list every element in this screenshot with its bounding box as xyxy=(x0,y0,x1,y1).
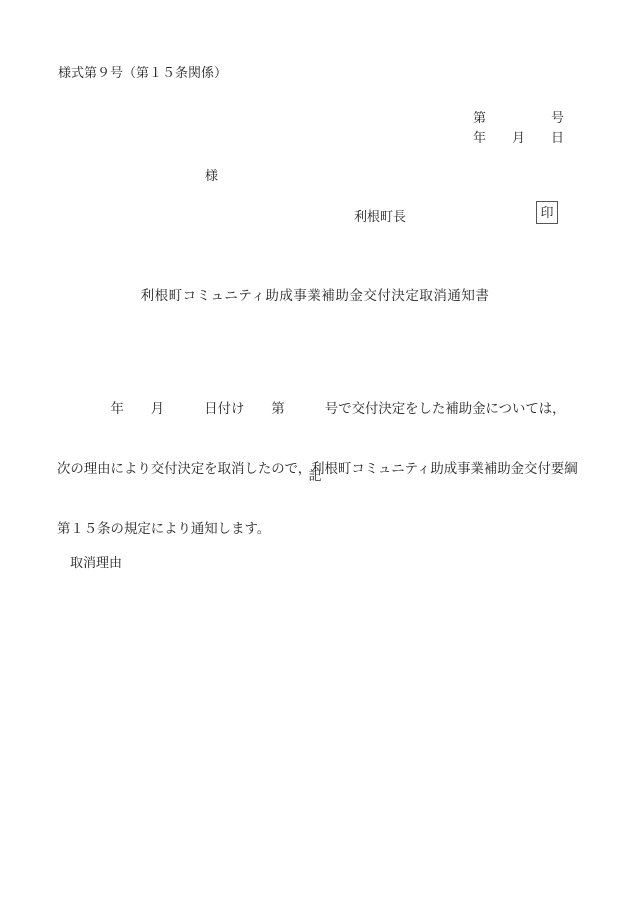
date-blank-line: 年 月 日 xyxy=(473,127,564,146)
document-number-blank-line: 第 号 xyxy=(473,107,564,126)
seal-placeholder-box: 印 xyxy=(536,201,558,224)
body-line-3: 第１５条の規定により通知します。 xyxy=(57,519,577,539)
sender-title-label: 利根町長 xyxy=(354,206,406,225)
addressee-suffix-label: 様 xyxy=(205,165,218,184)
document-page: 様式第９号（第１５条関係） 第 号 年 月 日 様 利根町長 印 利根町コミュニ… xyxy=(0,0,630,903)
form-number-label: 様式第９号（第１５条関係） xyxy=(58,62,227,81)
record-marker-label: 記 xyxy=(0,465,630,484)
body-line-1: 年 月 日付け 第 号で交付決定をした補助金については， xyxy=(57,399,577,419)
cancel-reason-label: 取消理由 xyxy=(70,552,122,571)
document-title: 利根町コミュニティ助成事業補助金交付決定取消通知書 xyxy=(0,284,630,304)
